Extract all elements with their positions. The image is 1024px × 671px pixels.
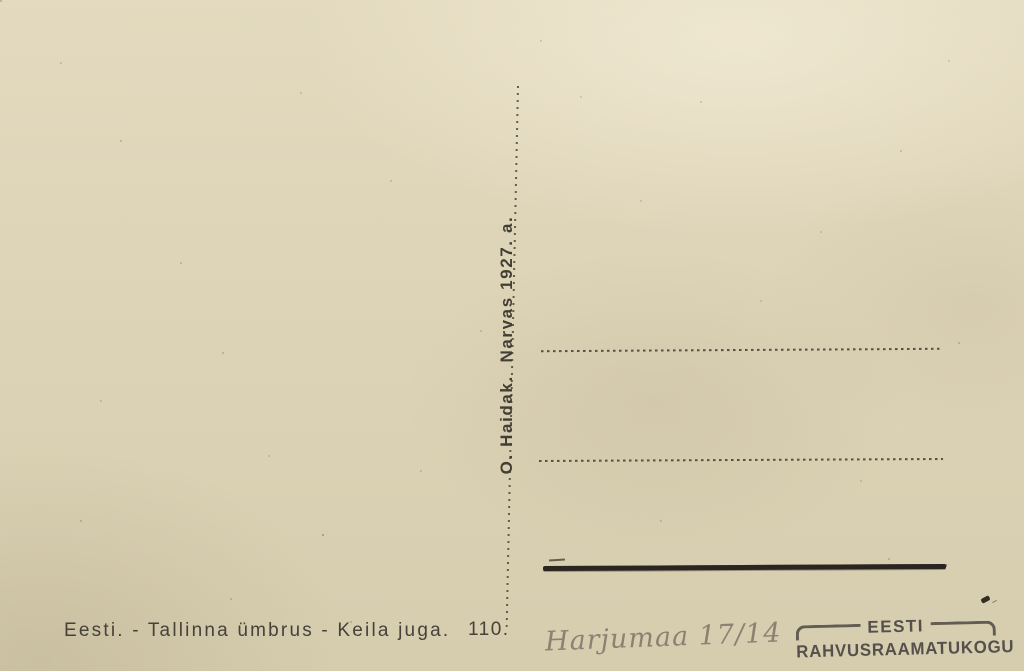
stamp-bracket-right [931, 621, 996, 638]
library-stamp: EESTI RAHVUSRAAMATUKOGU [796, 616, 997, 663]
catalog-number: 110. [468, 619, 510, 641]
stamp-text-eesti: EESTI [867, 617, 924, 635]
printed-caption: Eesti. - Tallinna ümbrus - Keila juga. [64, 620, 450, 642]
publisher-imprint-vertical-text: O. Haidak. Narvas 1927. a. [497, 216, 517, 475]
stamp-bracket-left [796, 624, 861, 641]
paper-specks [0, 0, 2, 2]
